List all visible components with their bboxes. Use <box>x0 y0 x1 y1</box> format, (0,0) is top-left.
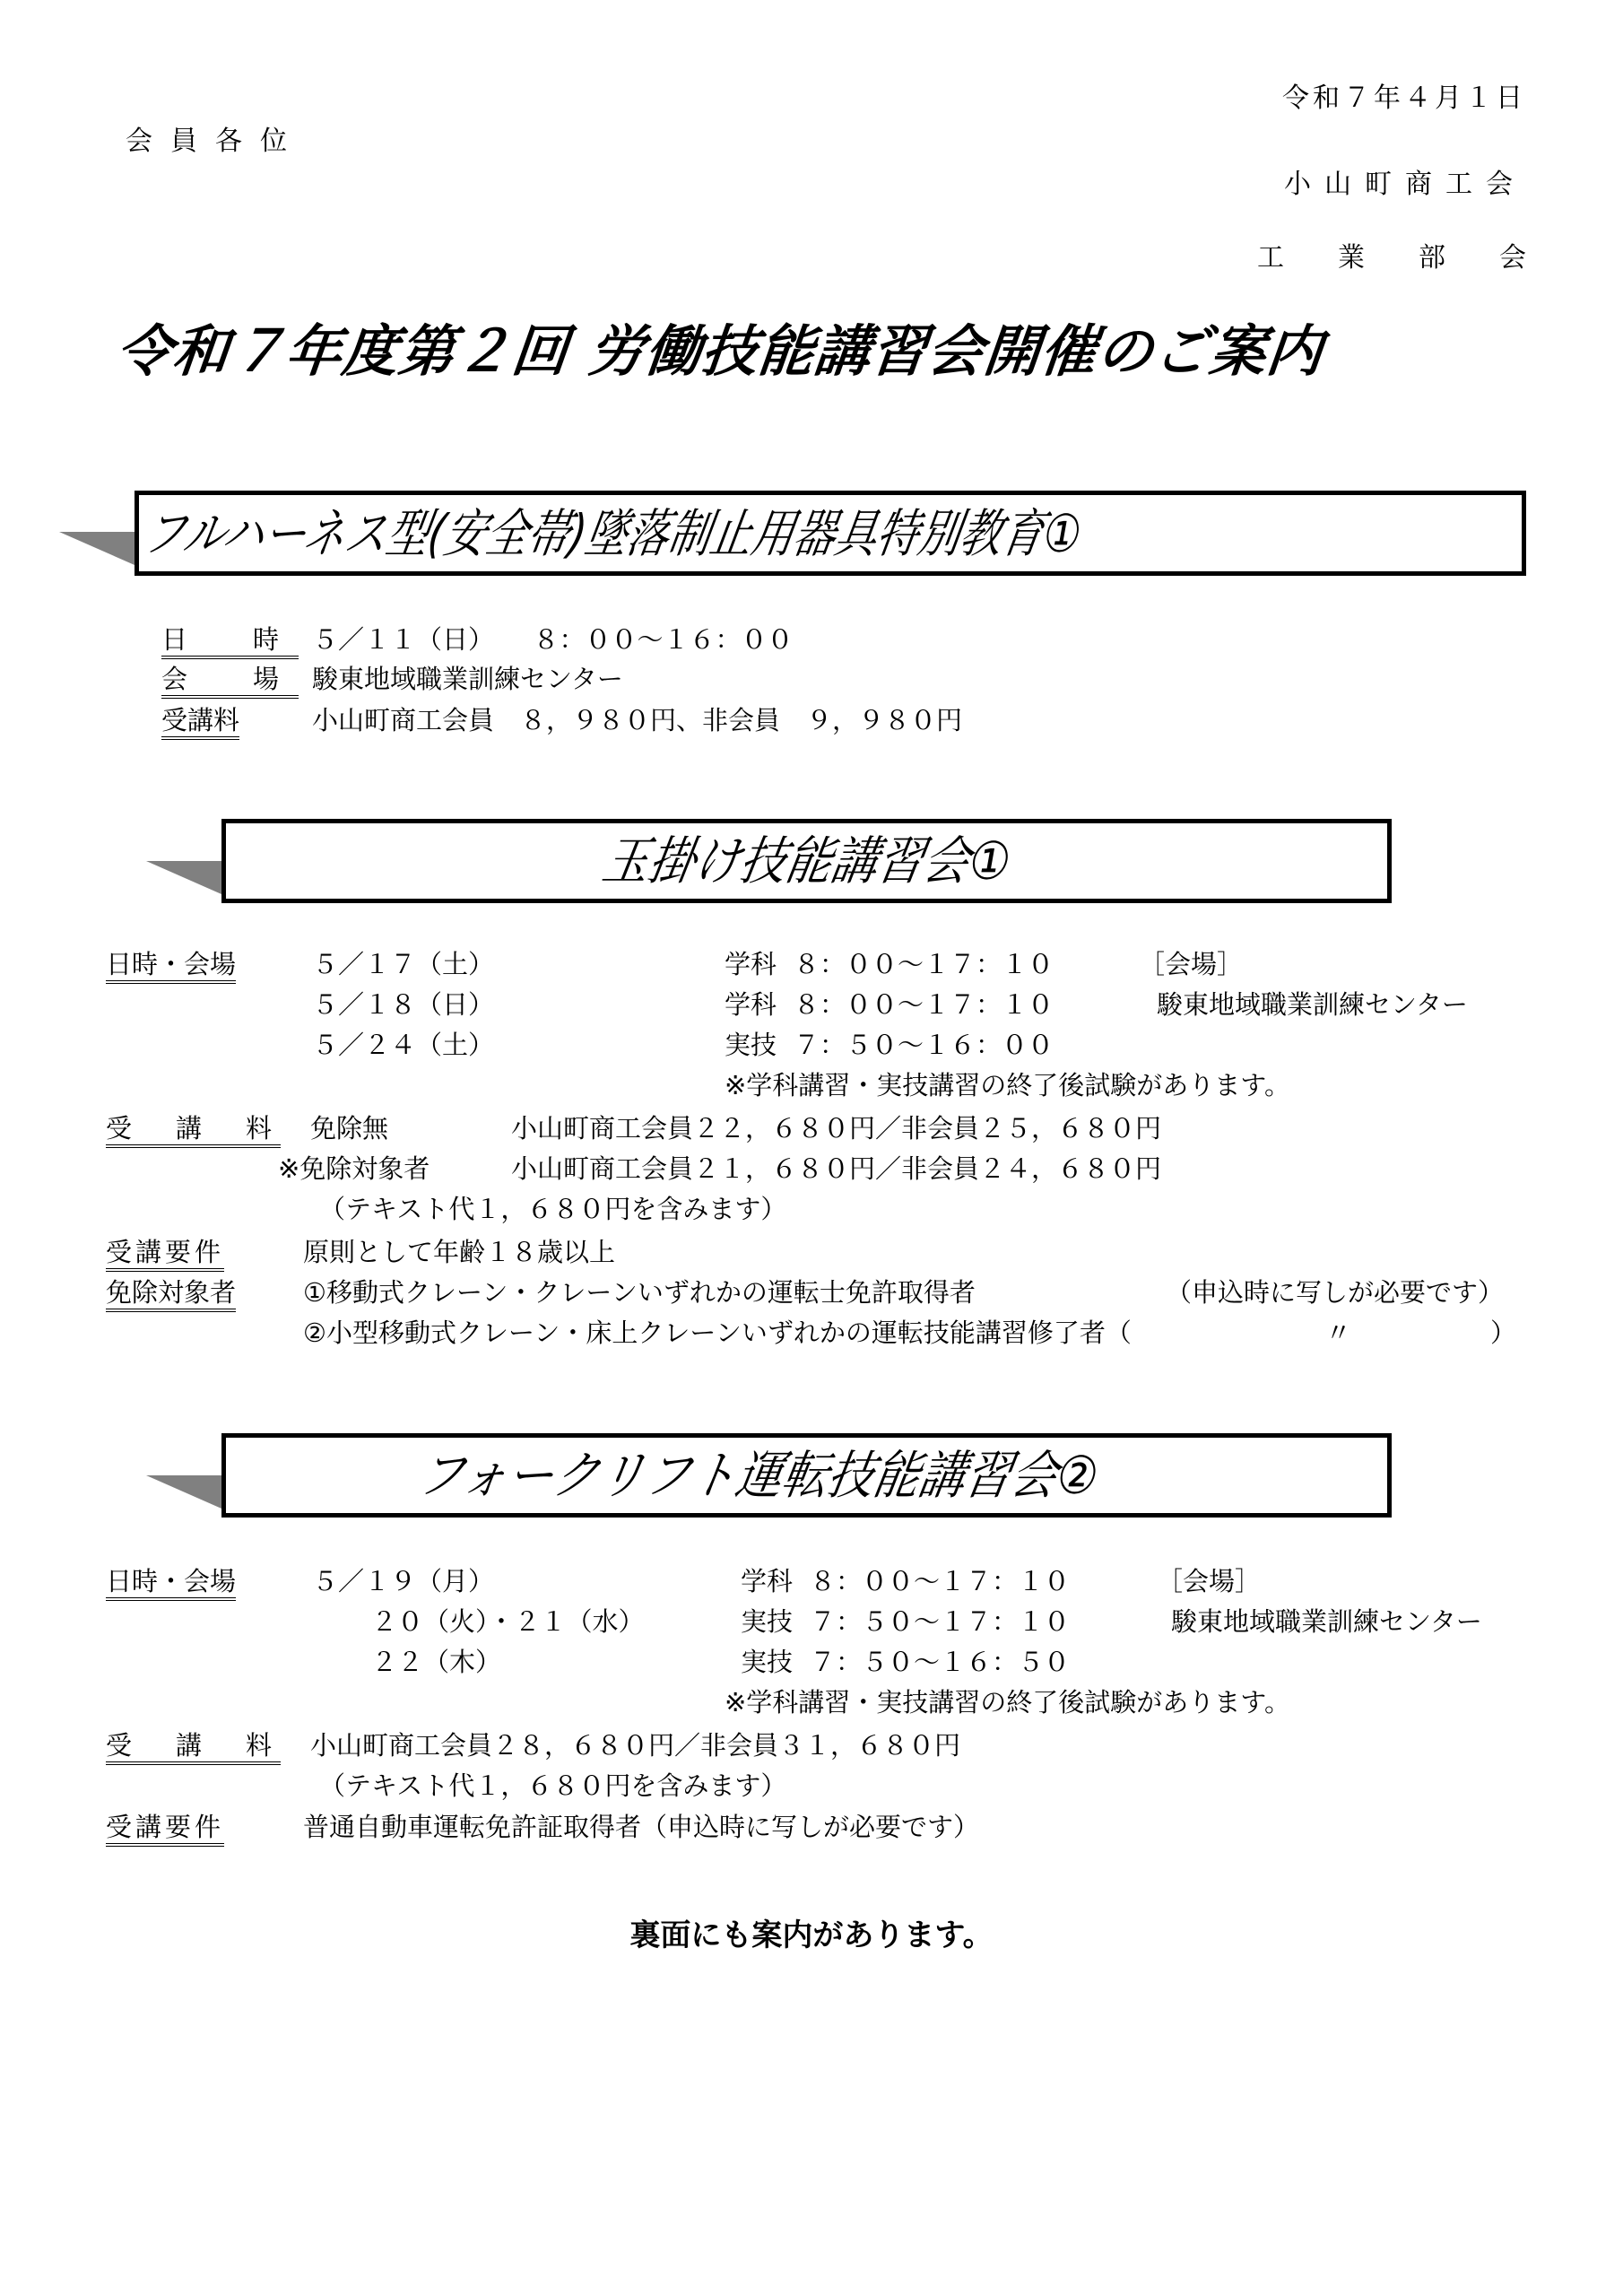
reverse-side-note: 裏面にも案内があります。 <box>0 1910 1623 1954</box>
venue-header: ［会場］ <box>1139 949 1243 979</box>
exempt-item: ②小型移動式クレーン・床上クレーンいずれかの運転技能講習修了者（ <box>303 1318 1132 1348</box>
exam-note: ※学科講習・実技講習の終了後試験があります。 <box>725 1070 1290 1100</box>
value-venue: 駿東地域職業訓練センター <box>312 664 623 694</box>
schedule-time: ７：５０～１６：００ <box>794 1030 1054 1060</box>
schedule-type: 実技 <box>741 1606 793 1637</box>
schedule-type: 学科 <box>725 989 777 1020</box>
section-heading: 玉掛け技能講習会① <box>597 830 1015 892</box>
schedule-time: ８：００～１７：１０ <box>810 1566 1070 1596</box>
schedule-date: ２２（木） <box>371 1647 501 1677</box>
section-heading-box-tamakake: 玉掛け技能講習会① <box>221 819 1392 903</box>
dept-char: 工 <box>1257 242 1284 274</box>
fee-note: （テキスト代１，６８０円を含みます） <box>319 1194 786 1224</box>
venue-name: 駿東地域職業訓練センター <box>1171 1606 1482 1637</box>
section-heading-box-fullharness: フルハーネス型(安全帯)墜落制止用器具特別教育① <box>135 491 1526 576</box>
schedule-date: ５／１９（月） <box>312 1566 494 1596</box>
fee-category: ※免除対象者 <box>278 1153 430 1184</box>
dept-char: 会 <box>1499 242 1526 274</box>
fee-amount: 小山町商工会員２８，６８０円／非会員３１，６８０円 <box>310 1730 960 1761</box>
label-fee: 受講料 <box>161 705 239 740</box>
schedule-time: ７：５０～１７：１０ <box>810 1606 1070 1637</box>
schedule-date: ５／１８（日） <box>312 989 494 1020</box>
fee-note: （テキスト代１，６８０円を含みます） <box>319 1770 786 1801</box>
schedule-date: ５／２４（土） <box>312 1030 494 1060</box>
section-heading: フォークリフト運転技能講習会② <box>413 1444 1104 1507</box>
label-requirement: 受講要件 <box>106 1812 224 1847</box>
schedule-date: ５／１７（土） <box>312 949 494 979</box>
venue-header: ［会場］ <box>1157 1566 1261 1596</box>
label-fee: 受 講 料 <box>106 1113 281 1148</box>
requirement-value: 普通自動車運転免許証取得者（申込時に写しが必要です） <box>303 1812 979 1842</box>
addressee: 会員各位 <box>126 126 305 158</box>
label-fee: 受 講 料 <box>106 1730 281 1765</box>
label-schedule: 日時・会場 <box>106 1566 236 1601</box>
schedule-date: ２０（火）・２１（水） <box>371 1606 645 1637</box>
exempt-close: ） <box>1490 1318 1516 1348</box>
fee-category: 免除無 <box>310 1113 388 1144</box>
schedule-time: ８：００～１７：１０ <box>794 989 1054 1020</box>
label-requirement: 受講要件 <box>106 1237 224 1272</box>
label-schedule: 日時・会場 <box>106 949 236 984</box>
schedule-type: 学科 <box>741 1566 793 1596</box>
dept-char: 部 <box>1419 242 1445 274</box>
schedule-type: 実技 <box>725 1030 777 1060</box>
page-title: 令和７年度第２回 労働技能講習会開催のご案内 <box>113 316 1327 387</box>
requirement-value: 原則として年齢１８歳以上 <box>303 1237 615 1267</box>
schedule-type: 実技 <box>741 1647 793 1677</box>
venue-name: 駿東地域職業訓練センター <box>1157 989 1468 1020</box>
exam-note: ※学科講習・実技講習の終了後試験があります。 <box>725 1687 1290 1718</box>
exempt-note: （申込時に写しが必要です） <box>1166 1277 1504 1308</box>
section-heading-box-forklift: フォークリフト運転技能講習会② <box>221 1433 1392 1518</box>
fee-amount: 小山町商工会員２２，６８０円／非会員２５，６８０円 <box>511 1113 1161 1144</box>
schedule-time: ８：００～１７：１０ <box>794 949 1054 979</box>
value-fee: 小山町商工会員 ８，９８０円、非会員 ９，９８０円 <box>312 705 962 735</box>
fee-amount: 小山町商工会員２１，６８０円／非会員２４，６８０円 <box>511 1153 1161 1184</box>
organization-department: 工業部会 <box>1240 210 1526 274</box>
value-datetime: ５／１１（日） ８：００～１６：００ <box>312 624 794 655</box>
label-exempt: 免除対象者 <box>106 1277 236 1312</box>
section-heading: フルハーネス型(安全帯)墜落制止用器具特別教育① <box>139 502 1087 565</box>
exempt-item: ①移動式クレーン・クレーンいずれかの運転士免許取得者 <box>303 1277 976 1308</box>
ditto-mark: 〃 <box>1325 1318 1351 1348</box>
dept-char: 業 <box>1338 242 1365 274</box>
organization-name: 小山町商工会 <box>1284 169 1526 201</box>
label-venue: 会 場 <box>161 664 299 699</box>
label-datetime: 日 時 <box>161 624 299 659</box>
schedule-time: ７：５０～１６：５０ <box>810 1647 1070 1677</box>
issue-date: 令和７年４月１日 <box>1282 83 1526 115</box>
schedule-type: 学科 <box>725 949 777 979</box>
